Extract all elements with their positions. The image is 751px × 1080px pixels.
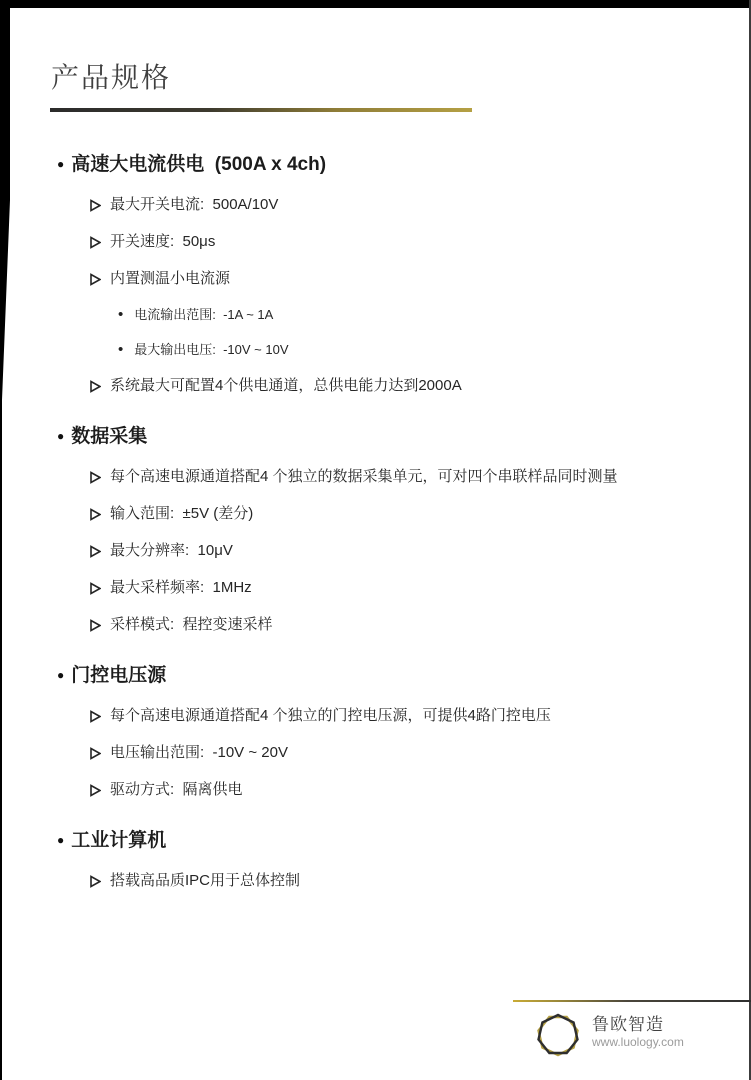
company-website: www.luology.com	[592, 1035, 684, 1050]
spec-item: 每个高速电源通道搭配4 个独立的门控电压源，可提供4路门控电压	[90, 707, 700, 725]
spec-item: 驱动方式: 隔离供电	[90, 781, 700, 799]
item-text: 采样模式: 程控变速采样	[110, 616, 273, 634]
item-text: 驱动方式: 隔离供电	[110, 781, 243, 799]
company-logo-icon	[534, 1011, 582, 1064]
section-title: 工业计算机	[71, 829, 166, 853]
section-title: 数据采集	[71, 425, 147, 449]
item-text: 输入范围: ±5V (差分)	[110, 505, 253, 523]
spec-item: 搭载高品质IPC用于总体控制	[90, 872, 700, 890]
spec-item: 输入范围: ±5V (差分)	[90, 505, 700, 523]
footer-divider	[513, 1000, 751, 1002]
circle-bullet-icon: ●	[57, 152, 64, 176]
item-text: 每个高速电源通道搭配4 个独立的数据采集单元，可对四个串联样品同时测量	[110, 468, 618, 486]
spec-item: 系统最大可配置4个供电通道，总供电能力达到2000A	[90, 377, 700, 395]
page-title: 产品规格	[51, 56, 171, 96]
arrow-bullet-icon	[90, 582, 101, 595]
item-text: 搭载高品质IPC用于总体控制	[110, 872, 300, 890]
arrow-bullet-icon	[90, 508, 101, 521]
section-header-row: ●门控电压源	[57, 664, 700, 688]
spec-section: ●高速大电流供电 (500A x 4ch)最大开关电流: 500A/10V开关速…	[57, 153, 700, 395]
spec-list: ●高速大电流供电 (500A x 4ch)最大开关电流: 500A/10V开关速…	[0, 153, 700, 890]
title-underline	[50, 108, 472, 112]
footer-text: 鲁欧智造 www.luology.com	[592, 1015, 684, 1050]
item-text: 最大分辨率: 10μV	[110, 542, 233, 560]
item-text: 最大采样频率: 1MHz	[110, 579, 252, 597]
item-text: 内置测温小电流源	[110, 270, 230, 288]
spec-item: 开关速度: 50μs	[90, 233, 700, 251]
item-text: 最大输出电压: -10V ~ 10V	[134, 342, 288, 358]
arrow-bullet-icon	[90, 710, 101, 723]
top-border	[0, 0, 751, 8]
arrow-bullet-icon	[90, 471, 101, 484]
section-header-row: ●高速大电流供电 (500A x 4ch)	[57, 153, 700, 177]
item-text: 最大开关电流: 500A/10V	[110, 196, 278, 214]
circle-bullet-icon: ●	[57, 663, 64, 687]
spec-item: 电压输出范围: -10V ~ 20V	[90, 744, 700, 762]
spec-subitem: •最大输出电压: -10V ~ 10V	[118, 342, 700, 358]
spec-section: ●数据采集每个高速电源通道搭配4 个独立的数据采集单元，可对四个串联样品同时测量…	[57, 425, 700, 634]
arrow-bullet-icon	[90, 199, 101, 212]
circle-bullet-icon: ●	[57, 424, 64, 448]
circle-bullet-icon: ●	[57, 828, 64, 852]
spec-section: ●门控电压源每个高速电源通道搭配4 个独立的门控电压源，可提供4路门控电压电压输…	[57, 664, 700, 799]
spec-item: 内置测温小电流源	[90, 270, 700, 288]
arrow-bullet-icon	[90, 875, 101, 888]
item-text: 开关速度: 50μs	[110, 233, 215, 251]
dot-bullet-icon: •	[118, 307, 123, 323]
item-text: 电压输出范围: -10V ~ 20V	[110, 744, 288, 762]
spec-item: 最大采样频率: 1MHz	[90, 579, 700, 597]
spec-section: ●工业计算机搭载高品质IPC用于总体控制	[57, 829, 700, 890]
arrow-bullet-icon	[90, 619, 101, 632]
arrow-bullet-icon	[90, 380, 101, 393]
section-header-row: ●工业计算机	[57, 829, 700, 853]
spec-item: 最大分辨率: 10μV	[90, 542, 700, 560]
arrow-bullet-icon	[90, 784, 101, 797]
section-header-row: ●数据采集	[57, 425, 700, 449]
arrow-bullet-icon	[90, 545, 101, 558]
item-text: 系统最大可配置4个供电通道，总供电能力达到2000A	[110, 377, 462, 395]
arrow-bullet-icon	[90, 236, 101, 249]
arrow-bullet-icon	[90, 747, 101, 760]
section-title: 门控电压源	[71, 664, 166, 688]
spec-item: 最大开关电流: 500A/10V	[90, 196, 700, 214]
section-title: 高速大电流供电 (500A x 4ch)	[71, 153, 326, 177]
dot-bullet-icon: •	[118, 342, 123, 358]
item-text: 每个高速电源通道搭配4 个独立的门控电压源，可提供4路门控电压	[110, 707, 551, 725]
item-text: 电流输出范围: -1A ~ 1A	[134, 307, 273, 323]
spec-item: 每个高速电源通道搭配4 个独立的数据采集单元，可对四个串联样品同时测量	[90, 468, 700, 486]
spec-item: 采样模式: 程控变速采样	[90, 616, 700, 634]
arrow-bullet-icon	[90, 273, 101, 286]
company-name: 鲁欧智造	[592, 1015, 684, 1035]
spec-subitem: •电流输出范围: -1A ~ 1A	[118, 307, 700, 323]
